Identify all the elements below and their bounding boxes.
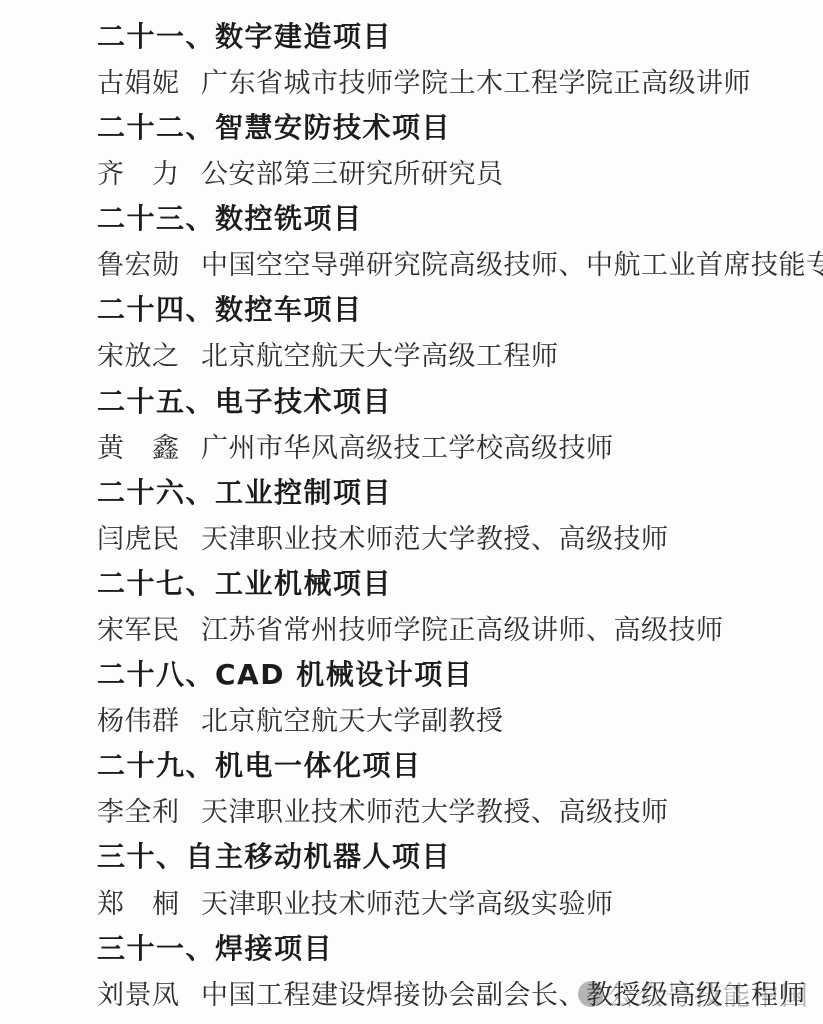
project-section: 二十一、数字建造项目 古娟妮 广东省城市技师学院土木工程学院正高级讲师 bbox=[97, 12, 793, 103]
expert-row: 刘景凤 中国工程建设焊接协会副会长、教授级高级工程师 bbox=[97, 969, 793, 1015]
expert-affiliation: 广东省城市技师学院土木工程学院正高级讲师 bbox=[201, 61, 751, 100]
project-section: 二十七、工业机械项目 宋军民 江苏省常州技师学院正高级讲师、高级技师 bbox=[97, 559, 793, 650]
expert-row: 杨伟群 北京航空航天大学副教授 bbox=[97, 696, 793, 742]
expert-name: 杨伟群 bbox=[97, 699, 181, 738]
expert-affiliation: 天津职业技术师范大学高级实验师 bbox=[201, 882, 614, 921]
expert-row: 郑 桐 天津职业技术师范大学高级实验师 bbox=[97, 878, 793, 924]
project-section: 二十五、电子技术项目 黄 鑫 广州市华风高级技工学校高级技师 bbox=[97, 377, 793, 468]
expert-name: 宋放之 bbox=[97, 334, 181, 373]
expert-name: 李全利 bbox=[97, 790, 181, 829]
expert-name: 鲁宏勋 bbox=[97, 243, 181, 282]
expert-name: 闫虎民 bbox=[97, 517, 181, 556]
project-section: 二十三、数控铣项目 鲁宏勋 中国空空导弹研究院高级技师、中航工业首席技能专家 bbox=[97, 194, 793, 285]
project-heading: 二十一、数字建造项目 bbox=[97, 12, 793, 58]
project-heading: 二十四、数控车项目 bbox=[97, 286, 793, 332]
expert-affiliation: 天津职业技术师范大学教授、高级技师 bbox=[201, 790, 669, 829]
project-heading: 三十、自主移动机器人项目 bbox=[97, 833, 793, 879]
project-heading: 三十一、焊接项目 bbox=[97, 924, 793, 970]
expert-row: 齐 力 公安部第三研究所研究员 bbox=[97, 149, 793, 195]
expert-affiliation: 中国空空导弹研究院高级技师、中航工业首席技能专家 bbox=[201, 243, 823, 282]
expert-affiliation: 中国工程建设焊接协会副会长、教授级高级工程师 bbox=[201, 973, 806, 1012]
expert-row: 黄 鑫 广州市华风高级技工学校高级技师 bbox=[97, 422, 793, 468]
expert-name: 宋军民 bbox=[97, 608, 181, 647]
project-heading: 二十三、数控铣项目 bbox=[97, 194, 793, 240]
project-heading: 二十五、电子技术项目 bbox=[97, 377, 793, 423]
expert-affiliation: 江苏省常州技师学院正高级讲师、高级技师 bbox=[201, 608, 724, 647]
document-page: 公众号技能中国 二十一、数字建造项目 古娟妮 广东省城市技师学院土木工程学院正高… bbox=[0, 0, 823, 1024]
document-content: 二十一、数字建造项目 古娟妮 广东省城市技师学院土木工程学院正高级讲师 二十二、… bbox=[0, 0, 823, 1015]
expert-affiliation: 北京航空航天大学副教授 bbox=[201, 699, 504, 738]
project-section: 二十六、工业控制项目 闫虎民 天津职业技术师范大学教授、高级技师 bbox=[97, 468, 793, 559]
expert-affiliation: 北京航空航天大学高级工程师 bbox=[201, 334, 559, 373]
project-section: 二十九、机电一体化项目 李全利 天津职业技术师范大学教授、高级技师 bbox=[97, 742, 793, 833]
expert-affiliation: 公安部第三研究所研究员 bbox=[201, 152, 504, 191]
expert-row: 闫虎民 天津职业技术师范大学教授、高级技师 bbox=[97, 514, 793, 560]
project-heading: 二十二、智慧安防技术项目 bbox=[97, 103, 793, 149]
expert-name: 刘景凤 bbox=[97, 973, 181, 1012]
project-section: 二十二、智慧安防技术项目 齐 力 公安部第三研究所研究员 bbox=[97, 103, 793, 194]
expert-row: 宋放之 北京航空航天大学高级工程师 bbox=[97, 331, 793, 377]
expert-affiliation: 广州市华风高级技工学校高级技师 bbox=[201, 426, 614, 465]
project-section: 三十一、焊接项目 刘景凤 中国工程建设焊接协会副会长、教授级高级工程师 bbox=[97, 924, 793, 1015]
project-heading: 二十六、工业控制项目 bbox=[97, 468, 793, 514]
expert-row: 李全利 天津职业技术师范大学教授、高级技师 bbox=[97, 787, 793, 833]
project-heading: 二十九、机电一体化项目 bbox=[97, 742, 793, 788]
expert-row: 鲁宏勋 中国空空导弹研究院高级技师、中航工业首席技能专家 bbox=[97, 240, 793, 286]
project-heading: 二十七、工业机械项目 bbox=[97, 559, 793, 605]
expert-name: 黄 鑫 bbox=[97, 426, 181, 465]
expert-row: 古娟妮 广东省城市技师学院土木工程学院正高级讲师 bbox=[97, 58, 793, 104]
expert-affiliation: 天津职业技术师范大学教授、高级技师 bbox=[201, 517, 669, 556]
expert-name: 齐 力 bbox=[97, 152, 181, 191]
project-section: 二十四、数控车项目 宋放之 北京航空航天大学高级工程师 bbox=[97, 286, 793, 377]
project-heading: 二十八、CAD 机械设计项目 bbox=[97, 650, 793, 696]
project-section: 三十、自主移动机器人项目 郑 桐 天津职业技术师范大学高级实验师 bbox=[97, 833, 793, 924]
expert-row: 宋军民 江苏省常州技师学院正高级讲师、高级技师 bbox=[97, 605, 793, 651]
project-section: 二十八、CAD 机械设计项目 杨伟群 北京航空航天大学副教授 bbox=[97, 650, 793, 741]
expert-name: 古娟妮 bbox=[97, 61, 181, 100]
expert-name: 郑 桐 bbox=[97, 882, 181, 921]
